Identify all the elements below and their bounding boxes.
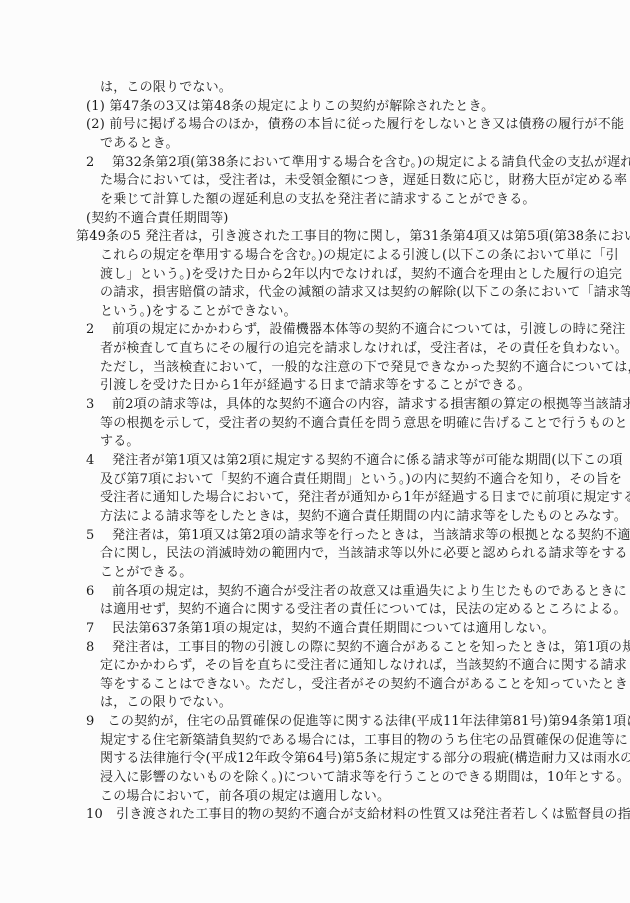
text-line: この場合において，前各項の規定は適用しない。 [100, 788, 390, 806]
text-line: 2 第32条第2項(第38条において準用する場合を含む。)の規定による請負代金の… [86, 154, 630, 172]
text-line: する。 [100, 433, 140, 451]
text-line: (契約不適合責任期間等) [86, 210, 229, 228]
text-line: 受注者に通知した場合において，発注者が通知から1年が経過する日までに前項に規定す… [100, 489, 630, 507]
text-line: は，この限りでない。 [100, 79, 232, 97]
text-line: (1) 第47条の3又は第48条の規定によりこの契約が解除されたとき。 [86, 98, 494, 116]
text-line: 方法による請求等をしたときは，契約不適合責任期間の内に請求等をしたものとみなす。 [100, 508, 627, 526]
text-line: 等をすることはできない。ただし，受注者がその契約不適合があることを知っていたとき [100, 676, 628, 694]
document-page: は，この限りでない。(1) 第47条の3又は第48条の規定によりこの契約が解除さ… [0, 0, 630, 903]
text-line: 7 民法第637条第1項の規定は，契約不適合責任期間については適用しない。 [86, 620, 555, 638]
text-line: 8 発注者は，工事目的物の引渡しの際に契約不適合があることを知ったときは，第1項… [86, 639, 630, 657]
text-line: 5 発注者は，第1項又は第2項の請求等を行ったときは，当該請求等の根拠となる契約… [86, 527, 630, 545]
text-line: 第49条の5 発注者は，引き渡された工事目的物に関し，第31条第4項又は第5項(… [76, 228, 630, 246]
text-line: 4 発注者が第1項又は第2項に規定する契約不適合に係る請求等が可能な期間(以下こ… [86, 452, 623, 470]
text-line: 6 前各項の規定は，契約不適合が受注者の故意又は重過失により生じたものであるとき… [86, 583, 627, 601]
text-line: は適用せず，契約不適合に関する受注者の責任については，民法の定めるところによる。 [100, 601, 627, 619]
text-line: という。)をすることができない。 [100, 303, 297, 321]
text-line: 合に関し，民法の消滅時効の範囲内で，当該請求等以外に必要と認められる請求等をする [100, 545, 628, 563]
text-line: 及び第7項において「契約不適合責任期間」という。)の内に契約不適合を知り，その旨… [100, 471, 622, 489]
text-line: 関する法律施行令(平成12年政令第64号)第5条に規定する部分の瑕疵(構造耐力又… [100, 750, 630, 768]
text-line: 10 引き渡された工事目的物の契約不適合が支給材料の性質又は発注者若しくは監督員… [86, 806, 630, 824]
text-line: 9 この契約が，住宅の品質確保の促進等に関する法律(平成11年法律第81号)第9… [86, 713, 630, 731]
text-line: 者が検査して直ちにその履行の追完を請求しなければ，受注者は，その責任を負わない。 [100, 340, 628, 358]
text-line: 引渡しを受けた日から1年が経過する日まで請求等をすることができる。 [100, 377, 531, 395]
text-line: を乗じて計算した額の遅延利息の支払を発注者に請求することができる。 [100, 191, 536, 209]
text-line: ただし，当該検査において，一般的な注意の下で発見できなかった契約不適合については… [100, 359, 630, 377]
text-line: 浸入に影響のないものを除く。)について請求等を行うことのできる期間は，10年とす… [100, 769, 630, 787]
text-line: ことができる。 [100, 564, 192, 582]
text-line: であるとき。 [100, 135, 179, 153]
text-line: の請求，損害賠償の請求，代金の減額の請求又は契約の解除(以下この条において「請求… [100, 284, 630, 302]
text-line: 定にかかわらず，その旨を直ちに受注者に通知しなければ，当該契約不適合に関する請求 [100, 657, 627, 675]
text-line: 等の根拠を示して，受注者の契約不適合責任を問う意思を明確に告げることで行うものと [100, 415, 628, 433]
text-line: は，この限りでない。 [100, 694, 232, 712]
text-line: 2 前項の規定にかかわらず，設備機器本体等の契約不適合については，引渡しの時に発… [86, 321, 626, 339]
text-line: (2) 前号に掲げる場合のほか，債務の本旨に従った履行をしないとき又は債務の履行… [86, 116, 624, 134]
text-line: 渡し」という。)を受けた日から2年以内でなければ，契約不適合を理由とした履行の追… [100, 266, 622, 284]
text-line: た場合においては，受注者は，未受領金額につき，遅延日数に応じ，財務大臣が定める率 [100, 172, 627, 190]
text-line: 3 前2項の請求等は，具体的な契約不適合の内容，請求する損害額の算定の根拠等当該… [86, 396, 630, 414]
text-line: これらの規定を準用する場合を含む。)の規定による引渡し(以下この条において単に「… [100, 247, 619, 265]
text-line: 規定する住宅新築請負契約である場合には，工事目的物のうち住宅の品質確保の促進等に [100, 732, 628, 750]
